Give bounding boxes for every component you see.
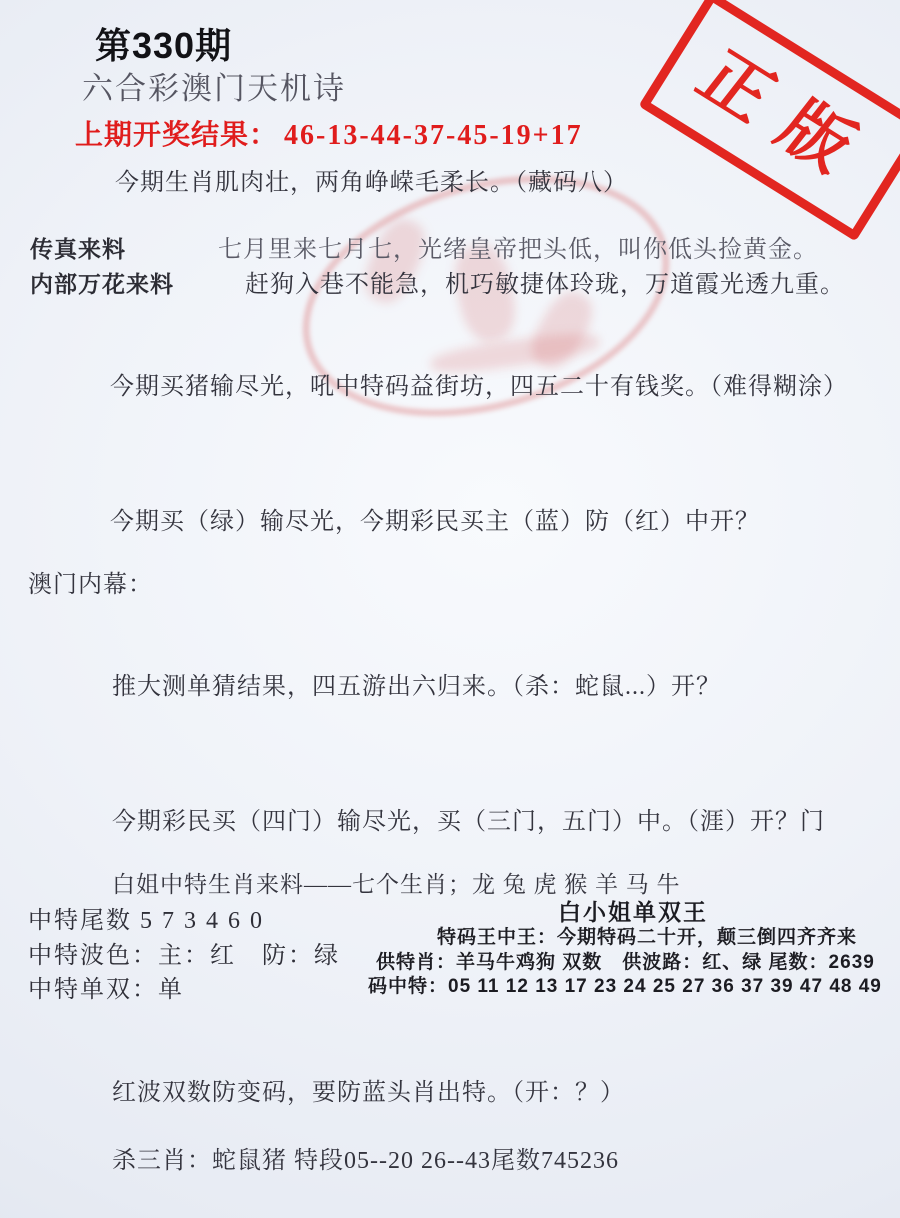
pig-poem-line: 今期买猪输尽光，吼中特码益街坊，四五二十有钱奖。（难得糊涂） [110,366,848,401]
macau-insider-label: 澳门内幕： [28,564,153,599]
special-tail-numbers: 中特尾数 5 7 3 4 6 0 [28,900,264,935]
last-draw-result: 上期开奖结果：46-13-44-37-45-19+17 [75,113,583,153]
internal-material-label: 内部万花来料 [30,266,174,299]
genuine-stamp-text: 正版 [678,37,888,196]
red-wave-warning-line: 红波双数防变码，要防蓝头肖出特。（开：？） [112,1072,625,1107]
issue-title: 第330期 [95,18,232,69]
lottery-tip-sheet: 第330期 六合彩澳门天机诗 上期开奖结果：46-13-44-37-45-19+… [0,0,900,1218]
special-odd-even: 中特单双：单 [28,969,184,1004]
guess-result-line: 推大测单猜结果，四五游出六归来。（杀：蛇鼠...）开？ [112,666,721,701]
doors-bet-line: 今期彩民买（四门）输尽光，买（三门，五门）中。（涯）开？门 [112,801,825,836]
special-numbers-line: 码中特：05 11 12 13 17 23 24 25 27 36 37 39 … [368,971,882,998]
genuine-stamp: 正版 [638,0,900,241]
green-bet-line: 今期买（绿）输尽光，今期彩民买主（蓝）防（红）中开？ [110,501,760,536]
special-king-line: 特码王中王：今期特码二十开，颠三倒四齐齐来 [437,922,857,949]
page-subtitle: 六合彩澳门天机诗 [82,63,346,108]
internal-material-poem: 赶狗入巷不能急，机巧敏捷体玲珑，万道霞光透九重。 [245,264,845,299]
fax-material-poem: 七月里来七月七，光绪皇帝把头低，叫你低头捡黄金。 [218,229,818,264]
last-draw-result-label: 上期开奖结果： [75,120,278,151]
fax-material-label: 传真来料 [30,231,126,264]
kill-three-zodiac-line: 杀三肖：蛇鼠猪 特段05--20 26--43尾数745236 [112,1140,619,1175]
zodiac-poem-line: 今期生肖肌肉壮，两角峥嵘毛柔长。（藏码八） [115,162,628,197]
supplied-zodiac-line: 供特肖：羊马牛鸡狗 双数 供波路：红、绿 尾数：2639 [376,947,875,974]
special-wave-colors: 中特波色：主：红 防：绿 [28,935,340,970]
last-draw-result-numbers: 46-13-44-37-45-19+17 [284,120,583,151]
